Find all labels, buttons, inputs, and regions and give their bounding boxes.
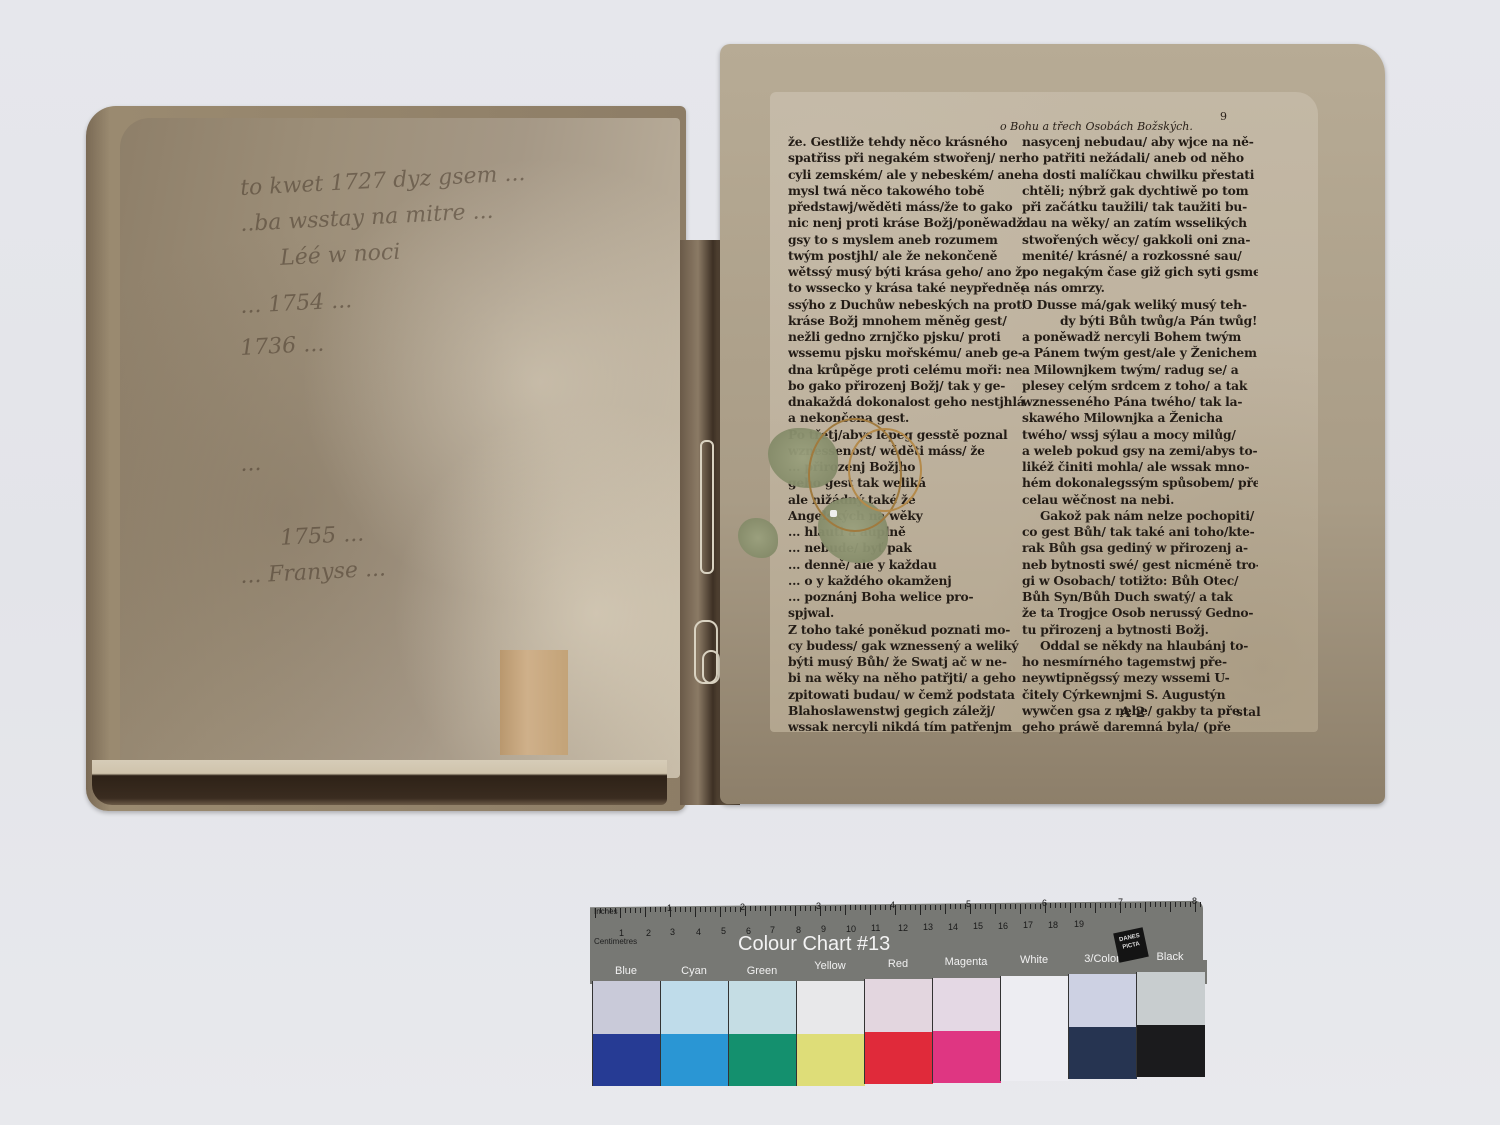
- ruler-tick: [670, 907, 671, 917]
- ruler-tick: [735, 907, 736, 912]
- text-line: nežli gedno zrnjčko pjsku/ proti: [788, 329, 1024, 345]
- exposed-wooden-board: [500, 650, 568, 755]
- text-line: předstawj/wěděti máss/že to gako: [788, 199, 1024, 215]
- cm-tick-label: 16: [998, 921, 1008, 931]
- page-number: 9: [1220, 110, 1227, 123]
- colour-chart-card: Blue Cyan Green Yellow Red Magenta White…: [590, 888, 1207, 1088]
- ruler-tick: [705, 907, 706, 912]
- danes-picta-logo: DANES PICTA: [1113, 927, 1149, 963]
- text-line: chtěli; nýbrž gak dychtiwě po tom: [1022, 183, 1258, 199]
- ruler-tick: [1170, 902, 1171, 912]
- text-line: celau wěčnost na nebi.: [1022, 492, 1258, 508]
- text-line: twým postjhl/ ale že nekončeně: [788, 248, 1024, 264]
- text-line: a Pánem twým gest/ale y Ženichem: [1022, 345, 1258, 361]
- text-line: cy budess/ gak wznessený a weliký: [788, 638, 1024, 654]
- binding-thread: [700, 440, 714, 574]
- ruler-tick: [785, 906, 786, 911]
- text-line: bi na wěky na něho patřjti/ a geho: [788, 670, 1024, 686]
- text-line: gi w Osobach/ totižto: Bůh Otec/: [1022, 573, 1258, 589]
- text-line: ssýho z Duchůw nebeských na proti: [788, 297, 1024, 313]
- ruler-tick: [965, 904, 966, 909]
- text-line: Bůh Syn/Bůh Duch swatý/ a tak: [1022, 589, 1258, 605]
- text-line: a poněwadž nercyli Bohem twým: [1022, 329, 1258, 345]
- ruler-tick: [755, 906, 756, 911]
- text-line: neywtipněgssý mezy wssemi U-: [1022, 670, 1258, 686]
- ruler-tick: [960, 904, 961, 909]
- ruler-tick: [685, 907, 686, 912]
- ruler-tick: [655, 907, 656, 912]
- swatch-black: [1136, 972, 1205, 1077]
- ruler-tick: [1100, 903, 1101, 908]
- text-line: dau na wěky/ an zatím wsselikých: [1022, 215, 1258, 231]
- ruler-tick: [620, 908, 621, 918]
- ruler-tick: [1135, 903, 1136, 908]
- ruler-tick: [625, 908, 626, 913]
- ruler-tick: [720, 907, 721, 917]
- text-line: likéž činiti mohla/ ale wssak mno-: [1022, 459, 1258, 475]
- ruler-tick: [880, 905, 881, 910]
- ruler-tick: [975, 904, 976, 909]
- text-line: dy býti Bůh twůg/a Pán twůg!: [1022, 313, 1258, 329]
- ruler-tick: [1185, 902, 1186, 907]
- ruler-tick: [1060, 903, 1061, 908]
- cm-tick-label: 17: [1023, 920, 1033, 930]
- ruler-tick: [1165, 902, 1166, 907]
- ruler-tick: [790, 906, 791, 911]
- handwriting-line: ...: [239, 425, 660, 483]
- text-line: bo gako přirozenj Božj/ tak y ge-: [788, 378, 1024, 394]
- ruler-tick: [1000, 904, 1001, 909]
- ruler-tick: [1130, 903, 1131, 908]
- ruler-tick: [955, 904, 956, 909]
- text-line: spatřiss při negakém stwořenj/ ner-: [788, 150, 1024, 166]
- ruler-tick: [1010, 904, 1011, 909]
- text-line: neb bytnosti swé/ gest nicméně tro-: [1022, 557, 1258, 573]
- text-line: býti musý Bůh/ že Swatj ač w ne-: [788, 654, 1024, 670]
- ruler-tick: [1095, 903, 1096, 913]
- ruler-tick: [1115, 903, 1116, 908]
- text-line: a weleb pokud gsy na zemi/abys to-: [1022, 443, 1258, 459]
- ruler-tick: [1015, 904, 1016, 909]
- ruler-tick: [840, 906, 841, 911]
- ruler-tick: [710, 907, 711, 912]
- ruler-tick: [830, 906, 831, 911]
- ruler-tick: [940, 905, 941, 910]
- text-line: rak Bůh gsa gediný w přirozenj a-: [1022, 540, 1258, 556]
- text-line: to wssecko y krása také neypředněg-: [788, 280, 1024, 296]
- ruler-tick: [995, 904, 996, 914]
- ruler-tick: [1035, 904, 1036, 909]
- ruler-tick: [850, 905, 851, 910]
- ruler-tick: [650, 907, 651, 912]
- swatch-yellow: [796, 981, 865, 1086]
- cm-tick-label: 19: [1074, 919, 1084, 929]
- ruler-tick: [1055, 903, 1056, 908]
- ruler-tick: [715, 907, 716, 912]
- text-line: při začátku taužili/ tak taužiti bu-: [1022, 199, 1258, 215]
- ruler-tick: [1020, 904, 1021, 914]
- ruler-tick: [765, 906, 766, 911]
- ruler-tick: [1045, 903, 1046, 913]
- text-line: gsy to s myslem aneb rozumem: [788, 232, 1024, 248]
- ruler-tick: [1080, 903, 1081, 908]
- text-line: wznesseného Pána twého/ tak la-: [1022, 394, 1258, 410]
- ruler-tick: [1195, 902, 1196, 912]
- swatch-label: White: [1000, 954, 1068, 966]
- ruler-tick: [640, 908, 641, 913]
- ruler-tick: [935, 905, 936, 910]
- text-line: Oddal se někdy na hlaubánj to-: [1022, 638, 1258, 654]
- ruler-tick: [1075, 903, 1076, 908]
- swatch-label: Cyan: [660, 965, 728, 977]
- ruler-tick: [1110, 903, 1111, 908]
- stem: [848, 428, 922, 512]
- ruler-tick: [750, 906, 751, 911]
- ruler-tick: [925, 905, 926, 910]
- ruler-tick: [920, 905, 921, 915]
- ruler-tick: [910, 905, 911, 910]
- ruler-tick: [890, 905, 891, 910]
- ruler-tick: [660, 907, 661, 912]
- text-line: wssemu pjsku mořskému/ aneb ge-: [788, 345, 1024, 361]
- cm-tick-label: 13: [923, 922, 933, 932]
- text-line: na dosti malíčkau chwilku přestati: [1022, 167, 1258, 183]
- ruler-tick: [795, 906, 796, 916]
- ruler-tick: [860, 905, 861, 910]
- swatch-cyan: [660, 981, 729, 1086]
- text-line: wssak nercyli nikdá tím patřenjm: [788, 719, 1024, 735]
- ruler-tick: [675, 907, 676, 912]
- ruler-tick: [695, 907, 696, 917]
- text-line: Blahoslawenstwj gegich záležj/: [788, 703, 1024, 719]
- ruler-tick: [1160, 902, 1161, 907]
- ruler-tick: [740, 907, 741, 912]
- ruler-tick: [845, 905, 846, 915]
- ruler-tick: [870, 905, 871, 915]
- text-line: ... poznánj Boha welice pro-: [788, 589, 1024, 605]
- text-line: Z toho také poněkud poznati mo-: [788, 622, 1024, 638]
- handwritten-notes: to kwet 1727 dyz gsem ... ..ba wsstay na…: [240, 160, 660, 620]
- ruler-tick: [775, 906, 776, 911]
- ruler-tick: [905, 905, 906, 910]
- text-line: že. Gestliže tehdy něco krásného: [788, 134, 1024, 150]
- ruler-tick: [1175, 902, 1176, 907]
- ruler-tick: [1180, 902, 1181, 907]
- text-line: tu přirozenj a bytnosti Božj.: [1022, 622, 1258, 638]
- text-line: po negakým čase giž gich syti gsme: [1022, 264, 1258, 280]
- ruler-tick: [1090, 903, 1091, 908]
- centimetres-label: Centimetres: [594, 937, 637, 946]
- text-line: stwořených wěcy/ gakkoli oni zna-: [1022, 232, 1258, 248]
- text-line: kráse Božj mnohem měněg gest/: [788, 313, 1024, 329]
- colour-swatches: [592, 981, 1204, 1088]
- ruler-tick: [1200, 902, 1201, 907]
- ruler-tick: [770, 906, 771, 916]
- ruler-tick: [680, 907, 681, 912]
- cm-tick-label: 15: [973, 921, 983, 931]
- ruler-tick: [1120, 903, 1121, 913]
- ruler-tick: [1085, 903, 1086, 908]
- ruler-tick: [930, 905, 931, 910]
- ruler-tick: [1025, 904, 1026, 909]
- text-line: a nás omrzy.: [1022, 280, 1258, 296]
- cm-tick-label: 4: [696, 927, 701, 937]
- cm-tick-label: 18: [1048, 920, 1058, 930]
- ruler-tick: [1070, 903, 1071, 913]
- ruler-tick: [855, 905, 856, 910]
- swatch-label: Blue: [592, 965, 660, 977]
- swatch-label: Red: [864, 958, 932, 970]
- swatch-3color: [1068, 974, 1137, 1079]
- cm-tick-label: 2: [646, 928, 651, 938]
- ruler-tick: [725, 907, 726, 912]
- ruler-tick: [875, 905, 876, 910]
- text-line: Gakož pak nám nelze pochopiti/: [1022, 508, 1258, 524]
- text-line: O Dusse má/gak weliký musý teh-: [1022, 297, 1258, 313]
- signature-mark: A 2: [1120, 705, 1145, 721]
- ruler-tick: [700, 907, 701, 912]
- swatch-label: Magenta: [932, 956, 1000, 968]
- leaf: [738, 518, 778, 558]
- text-line: skawého Milownjka a Ženicha: [1022, 410, 1258, 426]
- swatch-red: [864, 979, 933, 1084]
- text-line: cyli zemském/ ale y nebeském/ aneb: [788, 167, 1024, 183]
- ruler-tick: [990, 904, 991, 909]
- ruler: 1 2 3 4 5 6 7 8 1 2 3 4 5 6 7 8 9 10 11 …: [590, 904, 1203, 932]
- ruler-tick: [665, 907, 666, 912]
- cm-tick-label: 3: [670, 927, 675, 937]
- cm-tick-label: 14: [948, 922, 958, 932]
- swatch-magenta: [932, 978, 1001, 1083]
- ruler-tick: [810, 906, 811, 911]
- cover-bottom-edge: [92, 760, 667, 805]
- text-line: spjwal.: [788, 605, 1024, 621]
- text-line: ho nesmírného tagemstwj pře-: [1022, 654, 1258, 670]
- ruler-tick: [895, 905, 896, 915]
- text-line: a Milownjkem twým/ radug se/ a: [1022, 362, 1258, 378]
- inches-label: Inches: [594, 907, 618, 916]
- pin-head: [830, 510, 837, 517]
- ruler-tick: [945, 904, 946, 914]
- ruler-tick: [760, 906, 761, 911]
- text-line: dna krůpěge proti celému moři: ne-: [788, 362, 1024, 378]
- swatch-white: [1000, 976, 1069, 1081]
- ruler-tick: [865, 905, 866, 910]
- text-line: ho patřiti nežádali/ aneb od něho: [1022, 150, 1258, 166]
- ruler-tick: [1125, 903, 1126, 908]
- ruler-tick: [1140, 903, 1141, 908]
- text-line: menité/ krásné/ a rozkossné sau/: [1022, 248, 1258, 264]
- swatch-blue: [592, 981, 661, 1086]
- ruler-tick: [1050, 903, 1051, 908]
- text-line: čitely Cýrkewnjmi S. Augustýn: [1022, 687, 1258, 703]
- text-line: plesey celým srdcem z toho/ a tak: [1022, 378, 1258, 394]
- chart-title: Colour Chart #13: [738, 933, 890, 956]
- cm-tick-label: 5: [721, 926, 726, 936]
- ruler-tick: [1190, 902, 1191, 907]
- ruler-tick: [1155, 902, 1156, 907]
- ruler-tick: [1040, 904, 1041, 909]
- ruler-tick: [630, 908, 631, 913]
- ruler-tick: [985, 904, 986, 909]
- text-line: geho práwě daremná byla/ (pře: [1022, 719, 1258, 735]
- text-line: co gest Bůh/ tak také ani toho/kte-: [1022, 524, 1258, 540]
- ruler-tick: [690, 907, 691, 912]
- cm-tick-label: 12: [898, 923, 908, 933]
- text-column-right: nasycenj nebudau/ aby wjce na ně- ho pat…: [1022, 134, 1258, 735]
- ruler-tick: [805, 906, 806, 911]
- ruler-tick: [1030, 904, 1031, 909]
- pressed-flowers: [738, 408, 938, 588]
- ruler-tick: [900, 905, 901, 910]
- text-line: nasycenj nebudau/ aby wjce na ně-: [1022, 134, 1258, 150]
- ruler-tick: [885, 905, 886, 910]
- ruler-tick: [1145, 902, 1146, 912]
- binding-thread: [702, 650, 720, 684]
- ruler-tick: [980, 904, 981, 909]
- text-line: zpitowati budau/ w čemž podstata: [788, 687, 1024, 703]
- ruler-tick: [820, 906, 821, 916]
- text-line: wětssý musý býti krása geho/ ano že: [788, 264, 1024, 280]
- text-line: že ta Trogjce Osob nerussý Gedno-: [1022, 605, 1258, 621]
- ruler-tick: [1005, 904, 1006, 909]
- ruler-tick: [1150, 902, 1151, 907]
- ruler-tick: [970, 904, 971, 914]
- ruler-tick: [1105, 903, 1106, 908]
- ruler-tick: [950, 904, 951, 909]
- text-line: hém dokonalegssým spůsobem/ přes: [1022, 475, 1258, 491]
- text-line: nic nenj proti kráse Božj/poněwadž: [788, 215, 1024, 231]
- ruler-tick: [645, 907, 646, 917]
- swatch-label: Yellow: [796, 960, 864, 972]
- ruler-tick: [1065, 903, 1066, 908]
- text-line: twého/ wssj sýlau a mocy milůg/: [1022, 427, 1258, 443]
- ruler-tick: [815, 906, 816, 911]
- ruler-tick: [835, 906, 836, 911]
- ruler-tick: [800, 906, 801, 911]
- ruler-tick: [825, 906, 826, 911]
- text-line: mysl twá něco takowého tobě: [788, 183, 1024, 199]
- ruler-tick: [780, 906, 781, 911]
- cm-tick-label: 11: [871, 923, 880, 933]
- catchword: stal: [1236, 705, 1261, 719]
- swatch-label: Green: [728, 965, 796, 977]
- running-header: o Bohu a třech Osobách Božských.: [1000, 120, 1193, 133]
- ruler-tick: [635, 908, 636, 913]
- ruler-tick: [745, 906, 746, 916]
- swatch-green: [728, 981, 797, 1086]
- ruler-tick: [730, 907, 731, 912]
- ruler-tick: [915, 905, 916, 910]
